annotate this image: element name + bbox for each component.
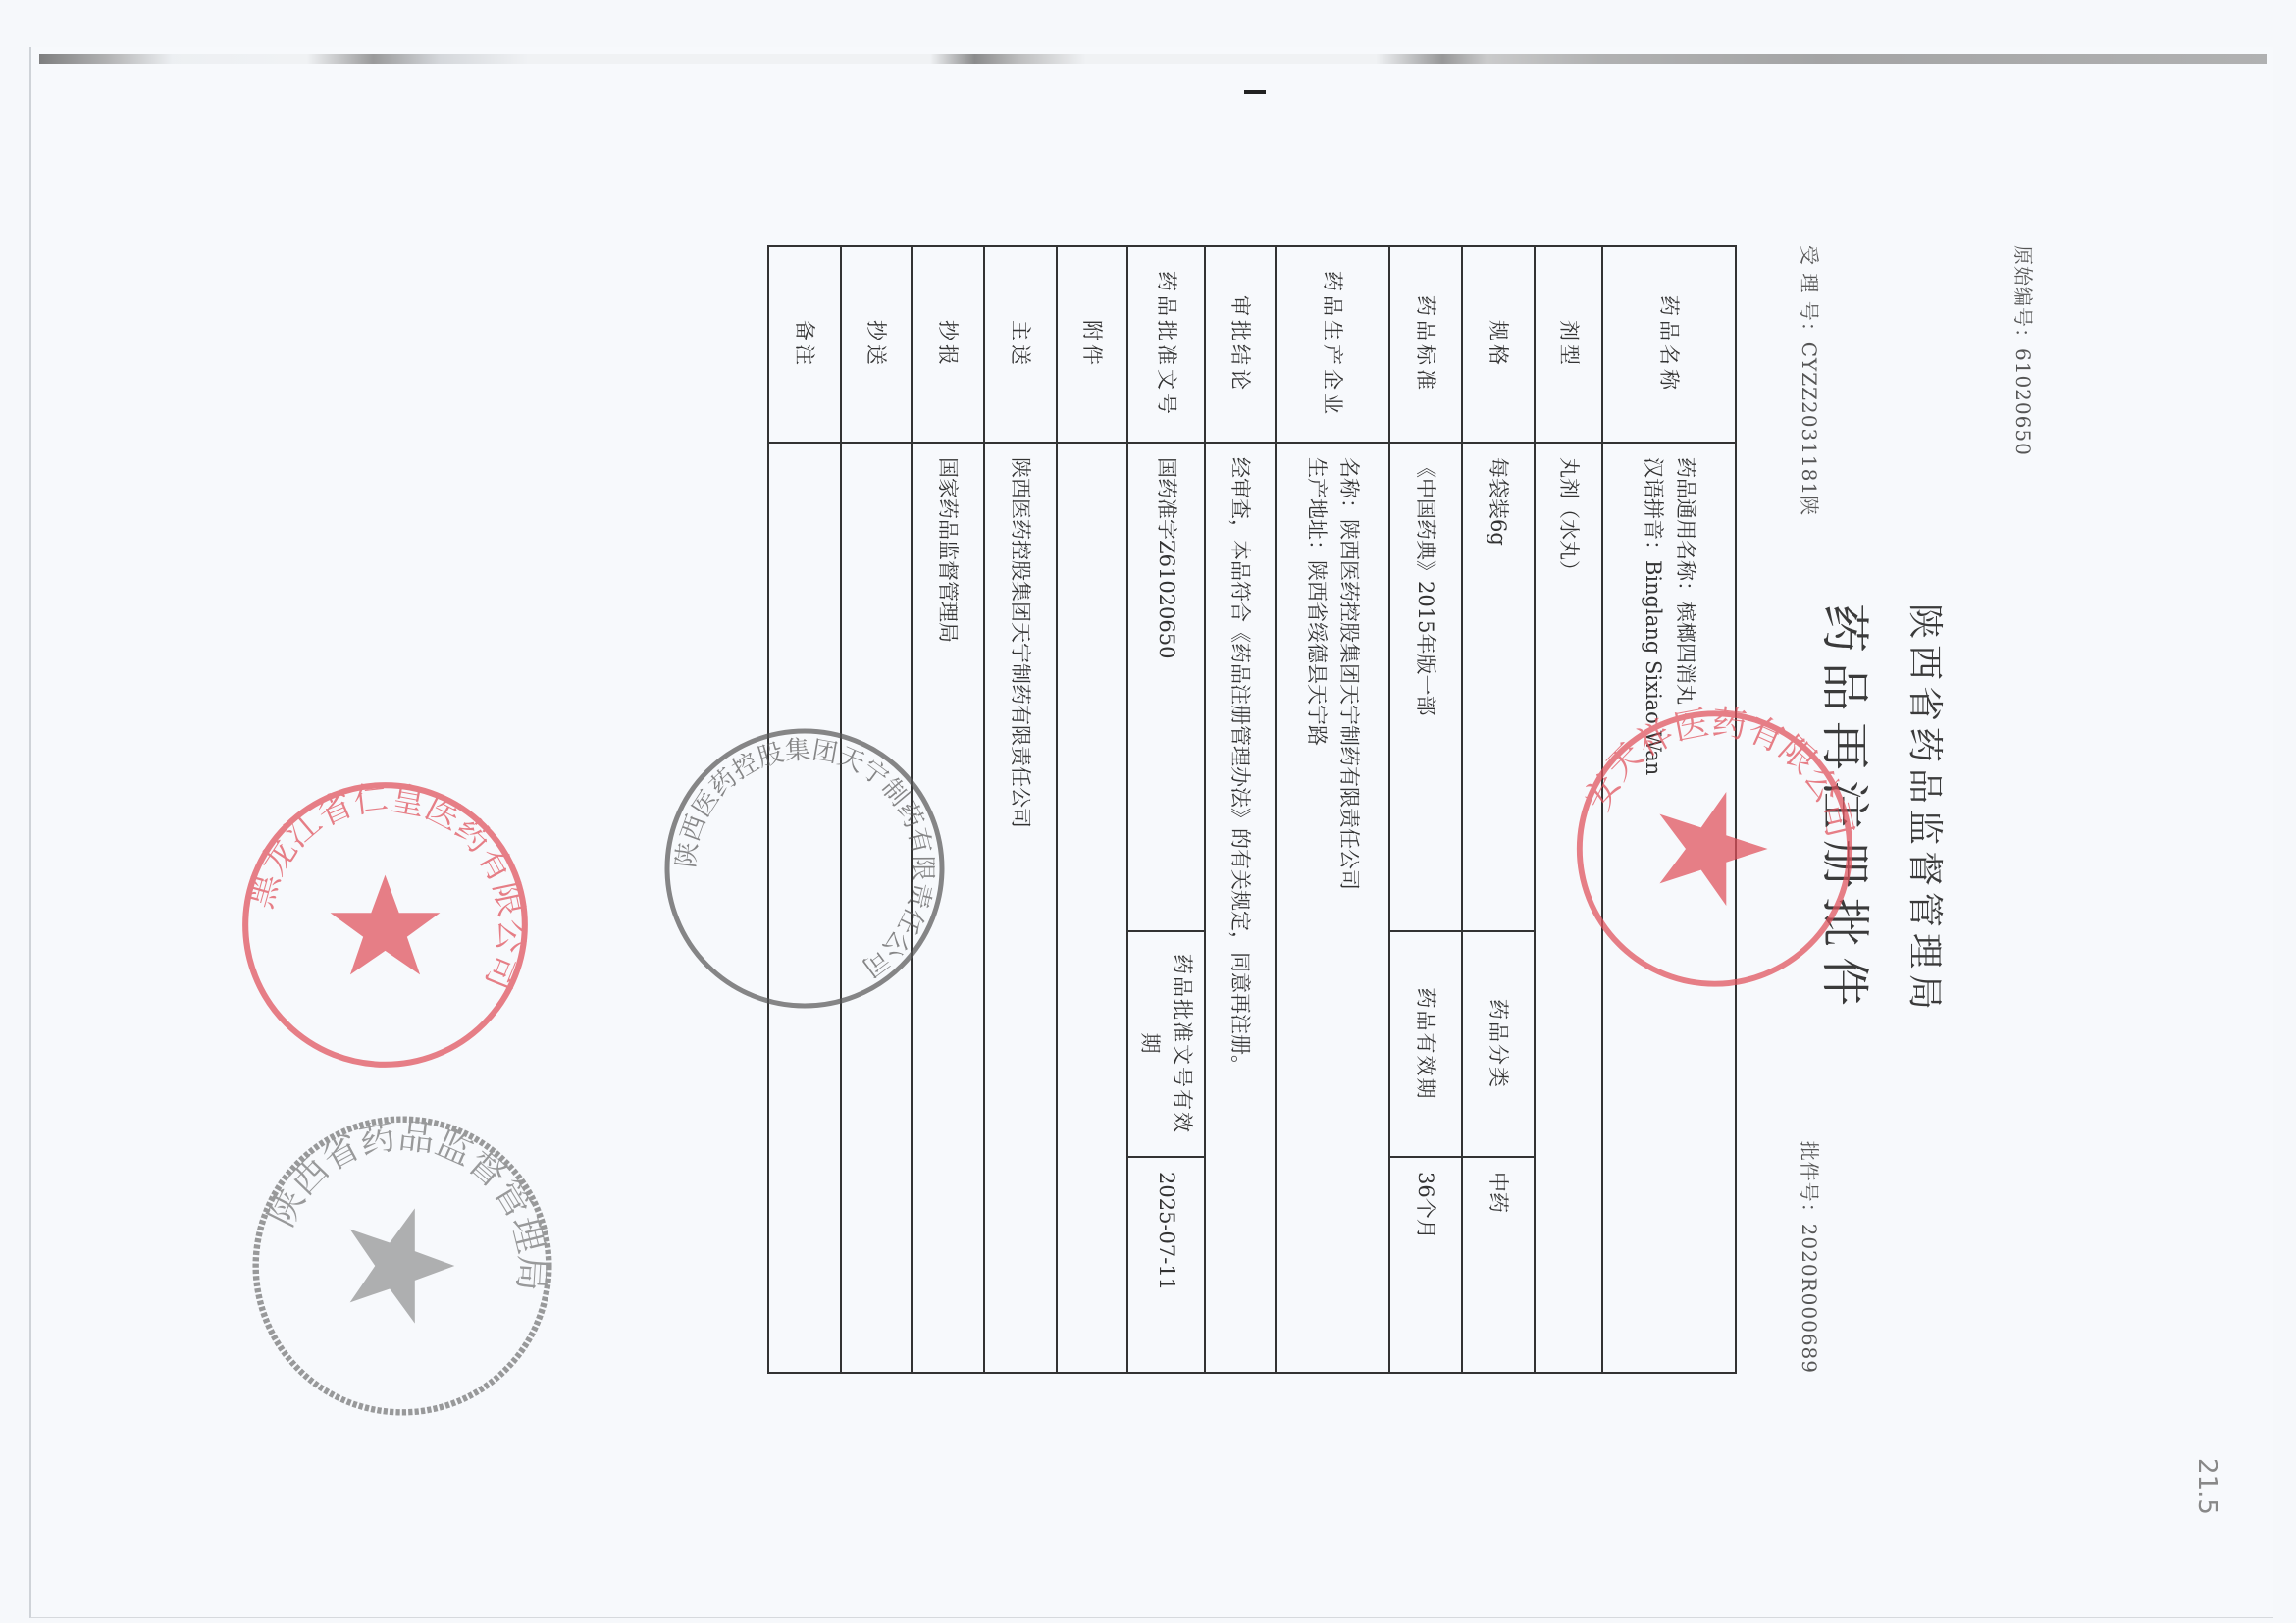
main-recipient-value: 陕西医药控股集团天宁制药有限责任公司 (984, 443, 1057, 1373)
registration-approval-document: 原始编号：61020650 陕西省药品监督管理局 药品再注册批件 受 理 号：C… (186, 245, 2051, 1374)
specification-value: 每袋装6g (1462, 443, 1535, 931)
copy-to-value (841, 443, 912, 1373)
table-row: 主送 陕西医药控股集团天宁制药有限责任公司 (984, 246, 1057, 1373)
acceptance-label: 受 理 号： (1798, 245, 1821, 342)
attachment-label: 附件 (1057, 246, 1127, 443)
table-row: 药品生产企业 名称：陕西医药控股集团天宁制药有限责任公司 生产地址：陕西省绥德县… (1276, 246, 1389, 1373)
dosage-form-label: 剂型 (1535, 246, 1602, 443)
table-row: 审批结论 经审查，本品符合《药品注册管理办法》的有关规定，同意再注册。 (1205, 246, 1276, 1373)
remarks-label: 备注 (768, 246, 841, 443)
approval-number-value: 国药准字Z61020650 (1127, 443, 1205, 931)
manufacturer-address: 陕西省绥德县天宁路 (1305, 560, 1329, 746)
table-row: 药品批准文号 国药准字Z61020650 药品批准文号有效期 2025-07-1… (1127, 246, 1205, 1373)
table-row: 规格 每袋装6g 药品分类 中药 (1462, 246, 1535, 1373)
manufacturer-name-label: 名称： (1337, 457, 1361, 519)
handwritten-note: 21.5 (2192, 1458, 2221, 1515)
approval-table: 药品名称 药品通用名称：槟榔四消丸 汉语拼音：Binglang Sixiao W… (767, 245, 1737, 1374)
scan-edge-artifact (39, 54, 2267, 64)
drug-category-label: 药品分类 (1462, 931, 1535, 1157)
drug-category-value: 中药 (1462, 1157, 1535, 1373)
table-row: 药品标准 《中国药典》2015年版一部 药品有效期 36个月 (1389, 246, 1462, 1373)
approval-label: 批件号： (1798, 1141, 1821, 1224)
issuing-authority: 陕西省药品监督管理局 (1903, 245, 1953, 1374)
copy-to-label: 抄送 (841, 246, 912, 443)
conclusion-label: 审批结论 (1205, 246, 1276, 443)
table-row: 抄报 国家药品监督管理局 (912, 246, 984, 1373)
pinyin-name: Binglang Sixiao Wan (1642, 560, 1665, 775)
table-row: 药品名称 药品通用名称：槟榔四消丸 汉语拼音：Binglang Sixiao W… (1602, 246, 1736, 1373)
manufacturer-value: 名称：陕西医药控股集团天宁制药有限责任公司 生产地址：陕西省绥德县天宁路 (1276, 443, 1389, 1373)
approval-validity-label: 药品批准文号有效期 (1127, 931, 1205, 1157)
drug-expiry-value: 36个月 (1389, 1157, 1462, 1373)
attachment-value (1057, 443, 1127, 1373)
generic-name-label: 药品通用名称： (1674, 457, 1697, 602)
drug-name-label: 药品名称 (1602, 246, 1736, 443)
approval-document-number: 批件号：2020R000689 (1797, 1141, 1825, 1374)
drug-expiry-label: 药品有效期 (1389, 931, 1462, 1157)
table-row: 剂型 丸剂（水丸） (1535, 246, 1602, 1373)
specification-label: 规格 (1462, 246, 1535, 443)
manufacturer-name: 陕西医药控股集团天宁制药有限责任公司 (1337, 519, 1361, 890)
dosage-form-value: 丸剂（水丸） (1535, 443, 1602, 1373)
report-to-value: 国家药品监督管理局 (912, 443, 984, 1373)
approval-number-label: 药品批准文号 (1127, 246, 1205, 443)
table-row: 附件 (1057, 246, 1127, 1373)
scan-mark (1244, 90, 1266, 94)
drug-name-value: 药品通用名称：槟榔四消丸 汉语拼音：Binglang Sixiao Wan (1602, 443, 1736, 1373)
original-id-label: 原始编号： (2011, 245, 2035, 348)
approval-validity-value: 2025-07-11 (1127, 1157, 1205, 1373)
pinyin-label: 汉语拼音： (1642, 457, 1665, 560)
original-id-value: 61020650 (2011, 348, 2035, 456)
acceptance-value: CYZZ2031181陕 (1798, 342, 1821, 516)
report-to-label: 抄报 (912, 246, 984, 443)
acceptance-number: 受 理 号：CYZZ2031181陕 (1797, 245, 1825, 516)
remarks-value (768, 443, 841, 1373)
main-recipient-label: 主送 (984, 246, 1057, 443)
table-row: 抄送 (841, 246, 912, 1373)
conclusion-value: 经审查，本品符合《药品注册管理办法》的有关规定，同意再注册。 (1205, 443, 1276, 1373)
manufacturer-address-label: 生产地址： (1305, 457, 1329, 560)
original-id: 原始编号：61020650 (2010, 245, 2039, 456)
generic-name: 槟榔四消丸 (1674, 602, 1697, 705)
drug-standard-label: 药品标准 (1389, 246, 1462, 443)
table-row: 备注 (768, 246, 841, 1373)
approval-value: 2020R000689 (1798, 1224, 1821, 1374)
drug-standard-value: 《中国药典》2015年版一部 (1389, 443, 1462, 931)
manufacturer-label: 药品生产企业 (1276, 246, 1389, 443)
